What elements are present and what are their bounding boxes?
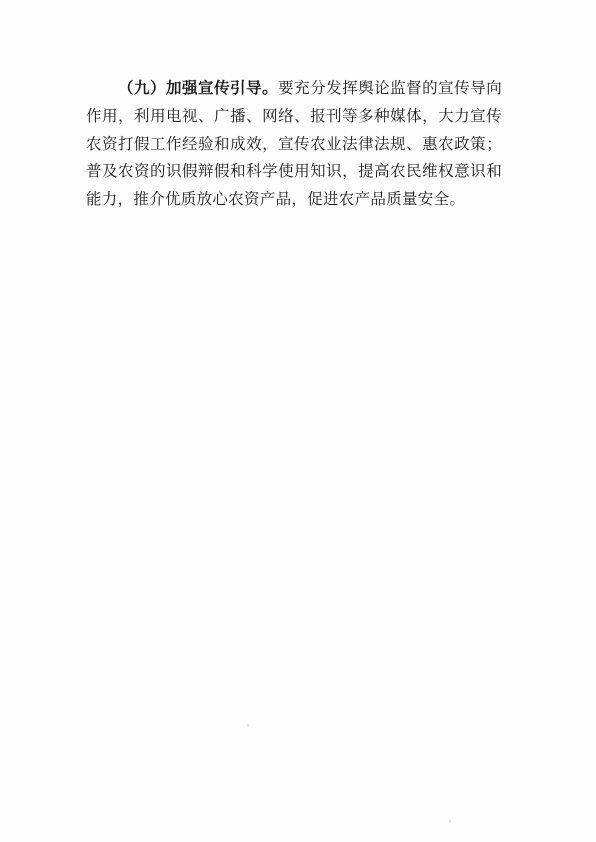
scan-speck <box>247 724 249 727</box>
paragraph-line-2: 作用，利用电视、广播、网络、报刊等多种媒体，大力宣传 <box>86 103 502 131</box>
section-heading: （九）加强宣传引导。 <box>118 78 278 97</box>
paragraph-text: 要充分发挥舆论监督的宣传导向 <box>278 79 502 97</box>
paragraph-line-1: （九）加强宣传引导。要充分发挥舆论监督的宣传导向 <box>86 74 502 103</box>
paragraph-line-5: 能力，推介优质放心农资产品，促进农产品质量安全。 <box>86 186 502 214</box>
paragraph-publicity-guidance: （九）加强宣传引导。要充分发挥舆论监督的宣传导向 作用，利用电视、广播、网络、报… <box>86 74 502 214</box>
scan-speck <box>449 820 451 823</box>
paragraph-line-3: 农资打假工作经验和成效，宣传农业法律法规、惠农政策； <box>86 131 502 159</box>
paragraph-line-4: 普及农资的识假辩假和科学使用知识，提高农民维权意识和 <box>86 158 502 186</box>
document-page: （九）加强宣传引导。要充分发挥舆论监督的宣传导向 作用，利用电视、广播、网络、报… <box>0 0 596 842</box>
